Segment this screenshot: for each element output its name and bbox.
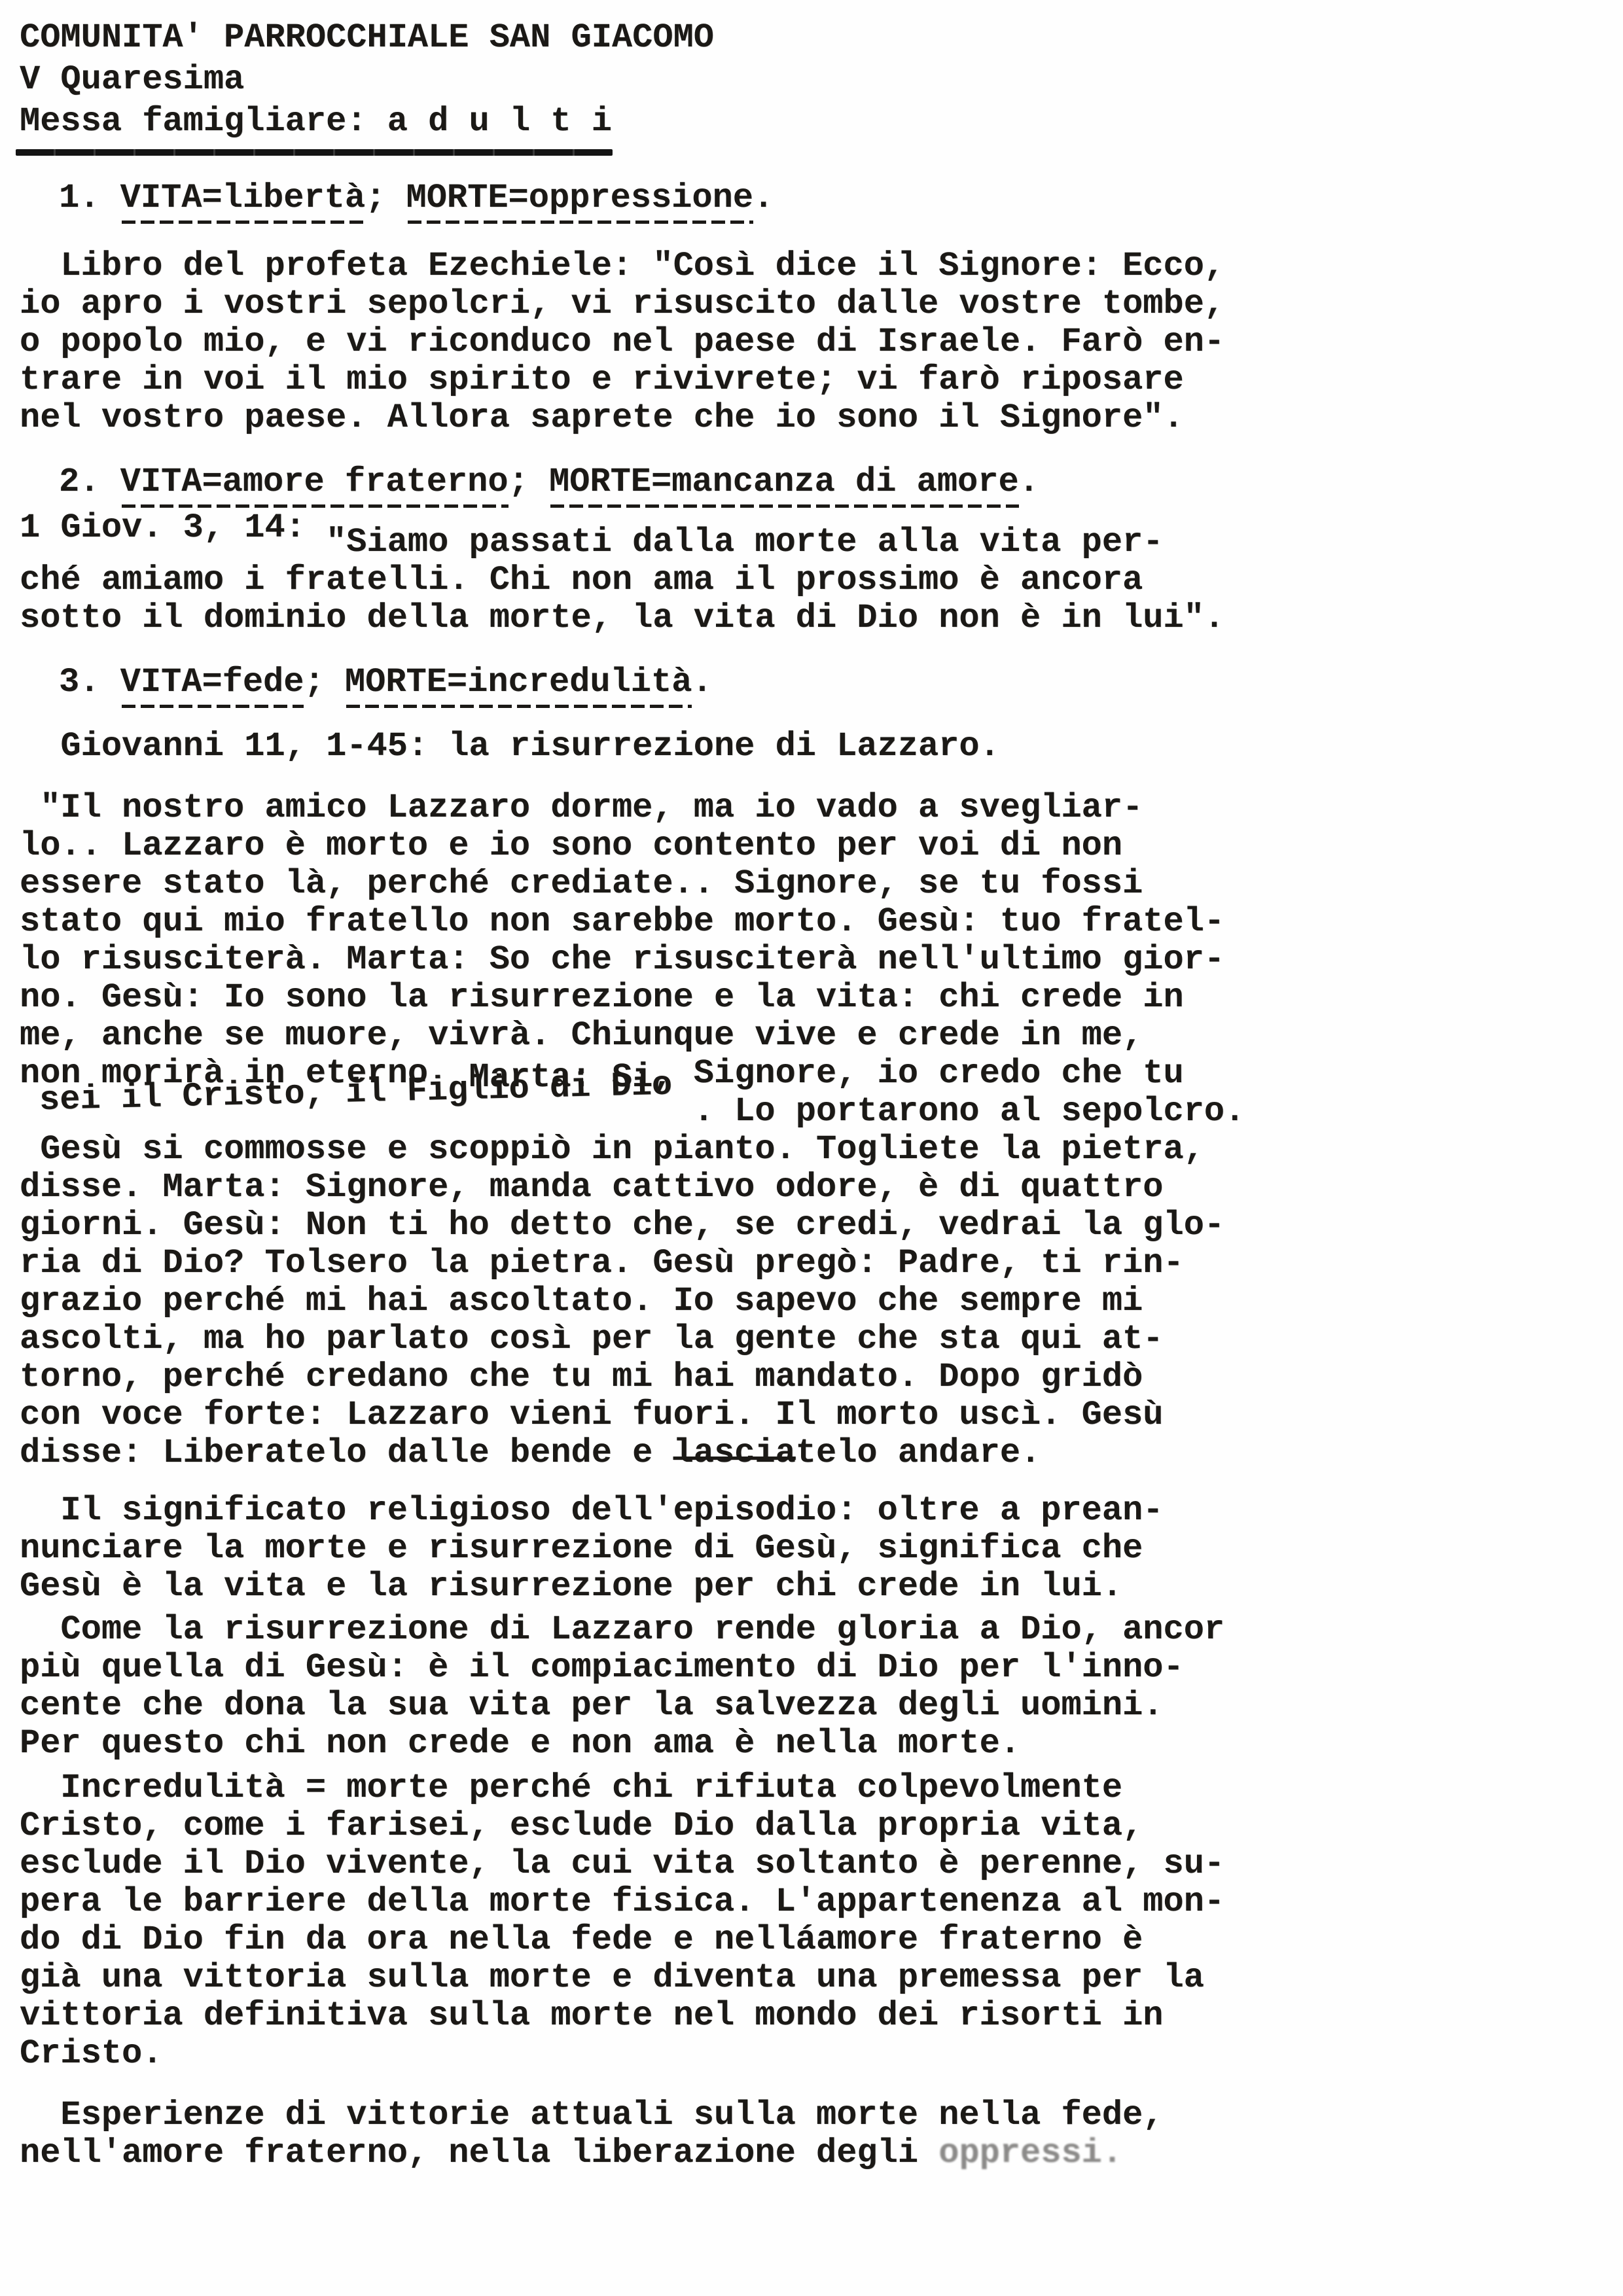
lazzaro-lines-10-17: Gesù si commosse e scoppiò in pianto. To… xyxy=(20,1131,1623,1434)
document-page: COMUNITA' PARROCCHIALE SAN GIACOMO V Qua… xyxy=(0,0,1623,2296)
section-3-morte-term: MORTE=incredulità xyxy=(345,663,692,701)
paragraph-giovanni-11-reference: Giovanni 11, 1-45: la risurrezione di La… xyxy=(20,728,1623,766)
header-mass-type: Messa famigliare: a d u l t i xyxy=(20,101,1623,143)
header-community-name: COMUNITA' PARROCCHIALE SAN GIACOMO xyxy=(20,17,1623,59)
header-season: V Quaresima xyxy=(20,59,1623,101)
lazzaro-last-line: disse: Liberatelo dalle bende e lasciate… xyxy=(20,1434,1623,1472)
section-2-separator: ; xyxy=(508,463,549,501)
section-1-period: . xyxy=(753,179,774,217)
esperienze-l2-start: nell'amore fraterno, nella liberazione d… xyxy=(20,2134,938,2172)
giov-quote-start: "Siamo passati dalla morte alla vita per… xyxy=(306,523,1164,561)
paragraph-giovanni-3-14: 1 Giov. 3, 14: "Siamo passati dalla mort… xyxy=(20,523,1623,637)
paragraph-incredulita: Incredulità = morte perché chi rifiuta c… xyxy=(20,1769,1623,2073)
section-1-number: 1. xyxy=(59,179,120,217)
lazzaro-l8-end: Signore, io credo che tu xyxy=(673,1054,1184,1093)
lazzaro-line-confession: sei il Cristo, il Figlio di Dio . Lo por… xyxy=(20,1093,1623,1131)
section-3-vita-term: VITA=fede xyxy=(120,663,304,701)
section-2-period: . xyxy=(1019,463,1039,501)
section-3-period: . xyxy=(692,663,712,701)
section-2-morte-term: MORTE=mancanza di amore xyxy=(549,463,1019,501)
section-1-vita-term: VITA=libertà xyxy=(120,179,365,217)
section-2-vita-term: VITA=amore fraterno xyxy=(120,463,508,501)
lazzaro-l18-end: telo andare. xyxy=(796,1434,1041,1472)
giov-quote-first-line: 1 Giov. 3, 14: "Siamo passati dalla mort… xyxy=(20,523,1623,561)
section-1-morte-term: MORTE=oppressione xyxy=(406,179,754,217)
paragraph-esperienze: Esperienze di vittorie attuali sulla mor… xyxy=(20,2096,1623,2172)
title-underline-rule xyxy=(16,149,613,156)
section-1-separator: ; xyxy=(365,179,406,217)
paragraph-come-risurrezione: Come la risurrezione di Lazzaro rende gl… xyxy=(20,1611,1623,1763)
scripture-reference: 1 Giov. 3, 14: xyxy=(20,509,306,547)
section-2-number: 2. xyxy=(59,463,120,501)
section-3-separator: ; xyxy=(304,663,344,701)
lazzaro-l9-rest: . Lo portarono al sepolcro. xyxy=(673,1092,1245,1131)
esperienze-line-1: Esperienze di vittorie attuali sulla mor… xyxy=(20,2096,1623,2134)
section-1-heading: 1. VITA=libertà; MORTE=oppressione. xyxy=(20,179,1623,217)
giov-quote-rest: ché amiamo i fratelli. Chi non ama il pr… xyxy=(20,561,1623,637)
section-3-number: 3. xyxy=(59,663,120,701)
esperienze-line-2: nell'amore fraterno, nella liberazione d… xyxy=(20,2134,1623,2172)
section-2-heading: 2. VITA=amore fraterno; MORTE=mancanza d… xyxy=(20,463,1623,501)
lazzaro-l18-start: disse: Liberatelo dalle bende e xyxy=(20,1434,673,1472)
document-header: COMUNITA' PARROCCHIALE SAN GIACOMO V Qua… xyxy=(20,17,1623,143)
section-3-heading: 3. VITA=fede; MORTE=incredulità. xyxy=(20,663,1623,701)
paragraph-lazzaro-narrative: "Il nostro amico Lazzaro dorme, ma io va… xyxy=(20,789,1623,1472)
lazzaro-lines-1-7: "Il nostro amico Lazzaro dorme, ma io va… xyxy=(20,789,1623,1055)
paragraph-ezechiele: Libro del profeta Ezechiele: "Così dice … xyxy=(20,247,1623,437)
esperienze-faded-word: oppressi. xyxy=(938,2134,1122,2172)
paragraph-significato: Il significato religioso dell'episodio: … xyxy=(20,1492,1623,1606)
lazzaro-l18-overstruck-word: lascia xyxy=(673,1434,796,1472)
